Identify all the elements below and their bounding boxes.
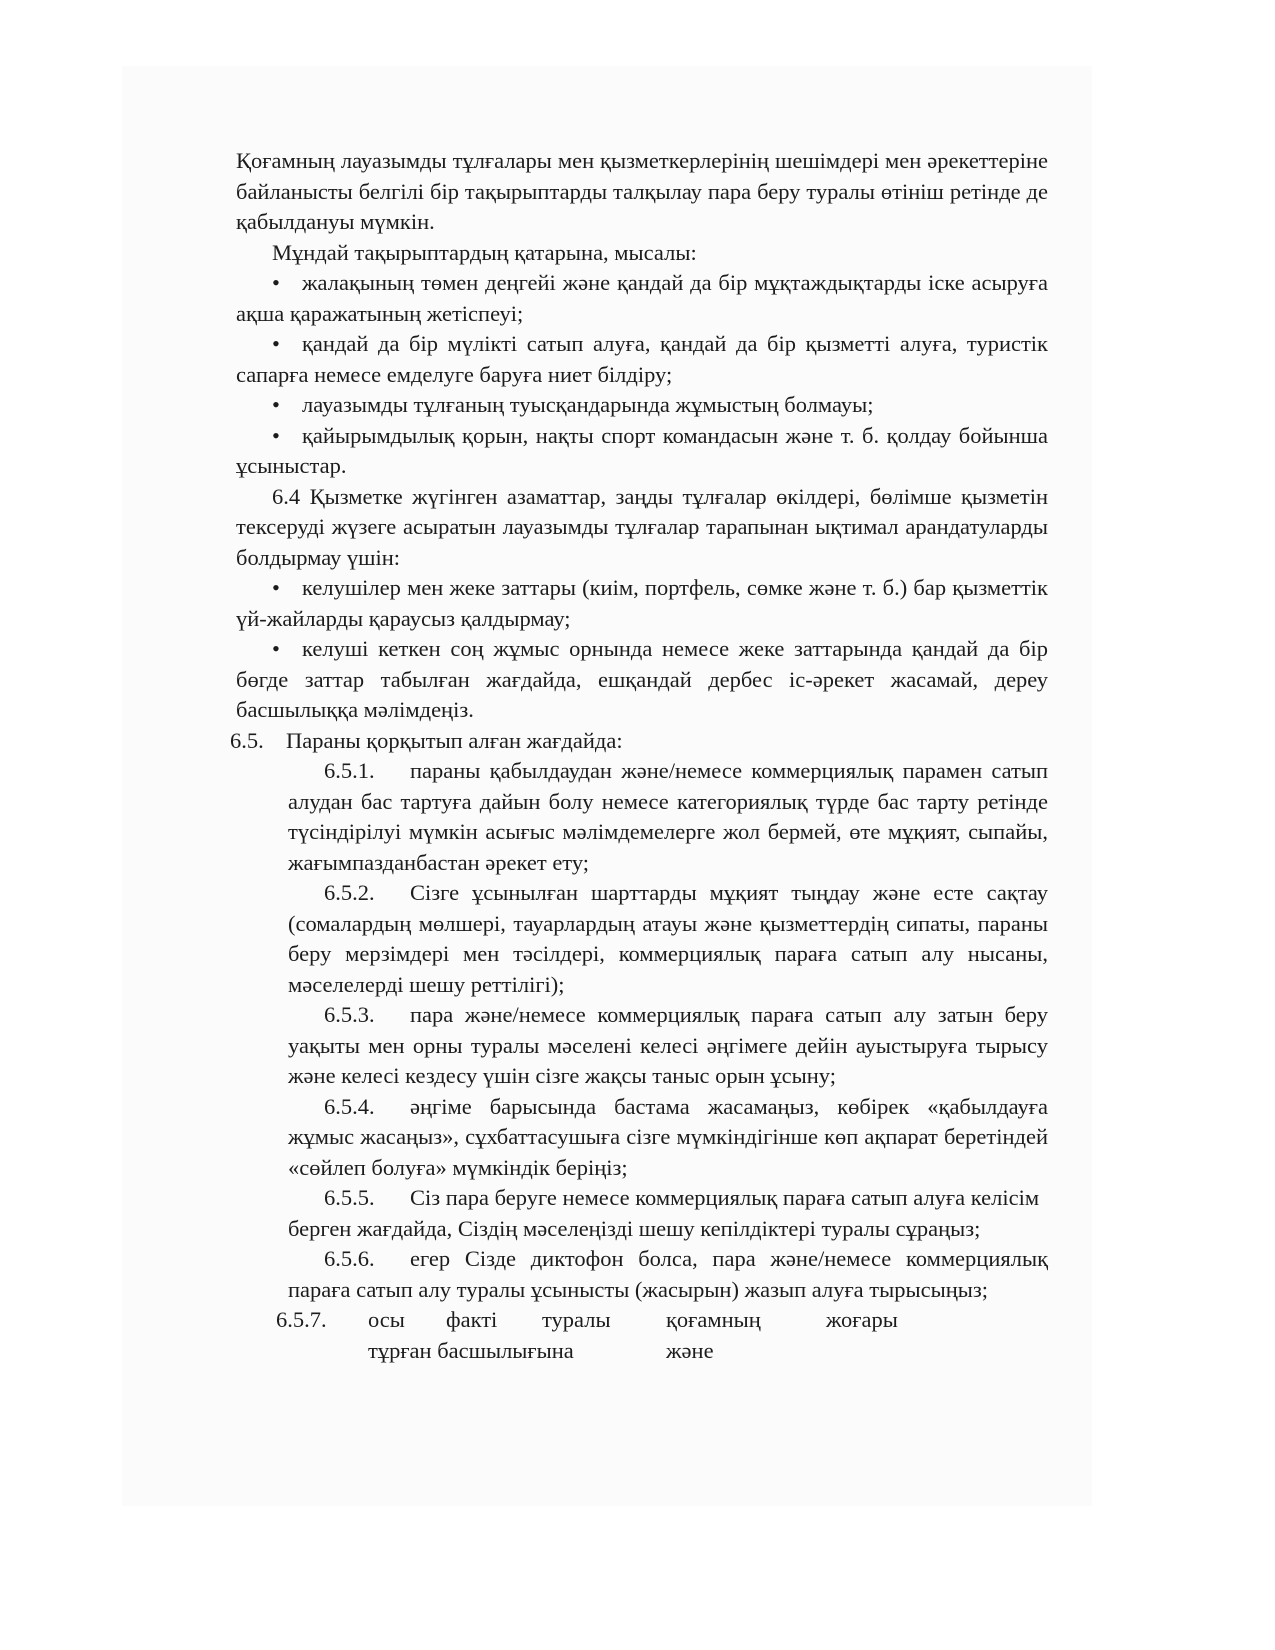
bullet-icon: • <box>272 573 302 604</box>
subsection-item: 6.5.2.Сізге ұсынылған шарттарды мұқият т… <box>288 878 1048 1000</box>
document-body: Қоғамның лауазымды тұлғалары мен қызметк… <box>236 146 1048 1366</box>
section-title: Параны қорқытып алған жағдайда: <box>286 728 623 753</box>
subsection-number: 6.5.4. <box>324 1092 410 1123</box>
subsection-item: 6.5.4.әңгіме барысында бастама жасамаңыз… <box>288 1092 1048 1184</box>
section-6-4: 6.4 Қызметке жүгінген азаматтар, заңды т… <box>236 482 1048 574</box>
bullet-icon: • <box>272 268 302 299</box>
subsection-number: 6.5.7. <box>276 1305 368 1336</box>
bullet-icon: • <box>272 421 302 452</box>
example-item: •қайырымдылық қорын, нақты спорт команда… <box>236 421 1048 482</box>
subsection-item-last: 6.5.7. осы факті туралы қоғамның жоғары … <box>276 1305 1048 1366</box>
example-item: •лауазымды тұлғаның туысқандарында жұмыс… <box>236 390 1048 421</box>
subsection-item: 6.5.3.пара және/немесе коммерциялық пара… <box>288 1000 1048 1092</box>
subsection-number: 6.5.3. <box>324 1000 410 1031</box>
subsection-number: 6.5.1. <box>324 756 410 787</box>
section-6-4-item: •келушілер мен жеке заттары (киім, портф… <box>236 573 1048 634</box>
bullet-icon: • <box>272 634 302 665</box>
subsection-number: 6.5.5. <box>324 1183 410 1214</box>
subsection-item: 6.5.5.Сіз пара беруге немесе коммерциялы… <box>288 1183 1048 1244</box>
subsection-item: 6.5.1.параны қабылдаудан және/немесе ком… <box>288 756 1048 878</box>
subsection-item: 6.5.6.егер Сізде диктофон болса, пара жә… <box>288 1244 1048 1305</box>
intro-paragraph: Қоғамның лауазымды тұлғалары мен қызметк… <box>236 146 1048 238</box>
section-6-5-heading: 6.5.Параны қорқытып алған жағдайда: <box>230 726 1048 757</box>
section-6-4-item: •келуші кеткен соң жұмыс орнында немесе … <box>236 634 1048 726</box>
example-item: •қандай да бір мүлікті сатып алуға, қанд… <box>236 329 1048 390</box>
example-item: •жалақының төмен деңгейі және қандай да … <box>236 268 1048 329</box>
subsection-number: 6.5.2. <box>324 878 410 909</box>
bullet-icon: • <box>272 329 302 360</box>
examples-lead: Мұндай тақырыптардың қатарына, мысалы: <box>236 238 1048 269</box>
section-number: 6.5. <box>230 726 286 757</box>
bullet-icon: • <box>272 390 302 421</box>
subsection-number: 6.5.6. <box>324 1244 410 1275</box>
